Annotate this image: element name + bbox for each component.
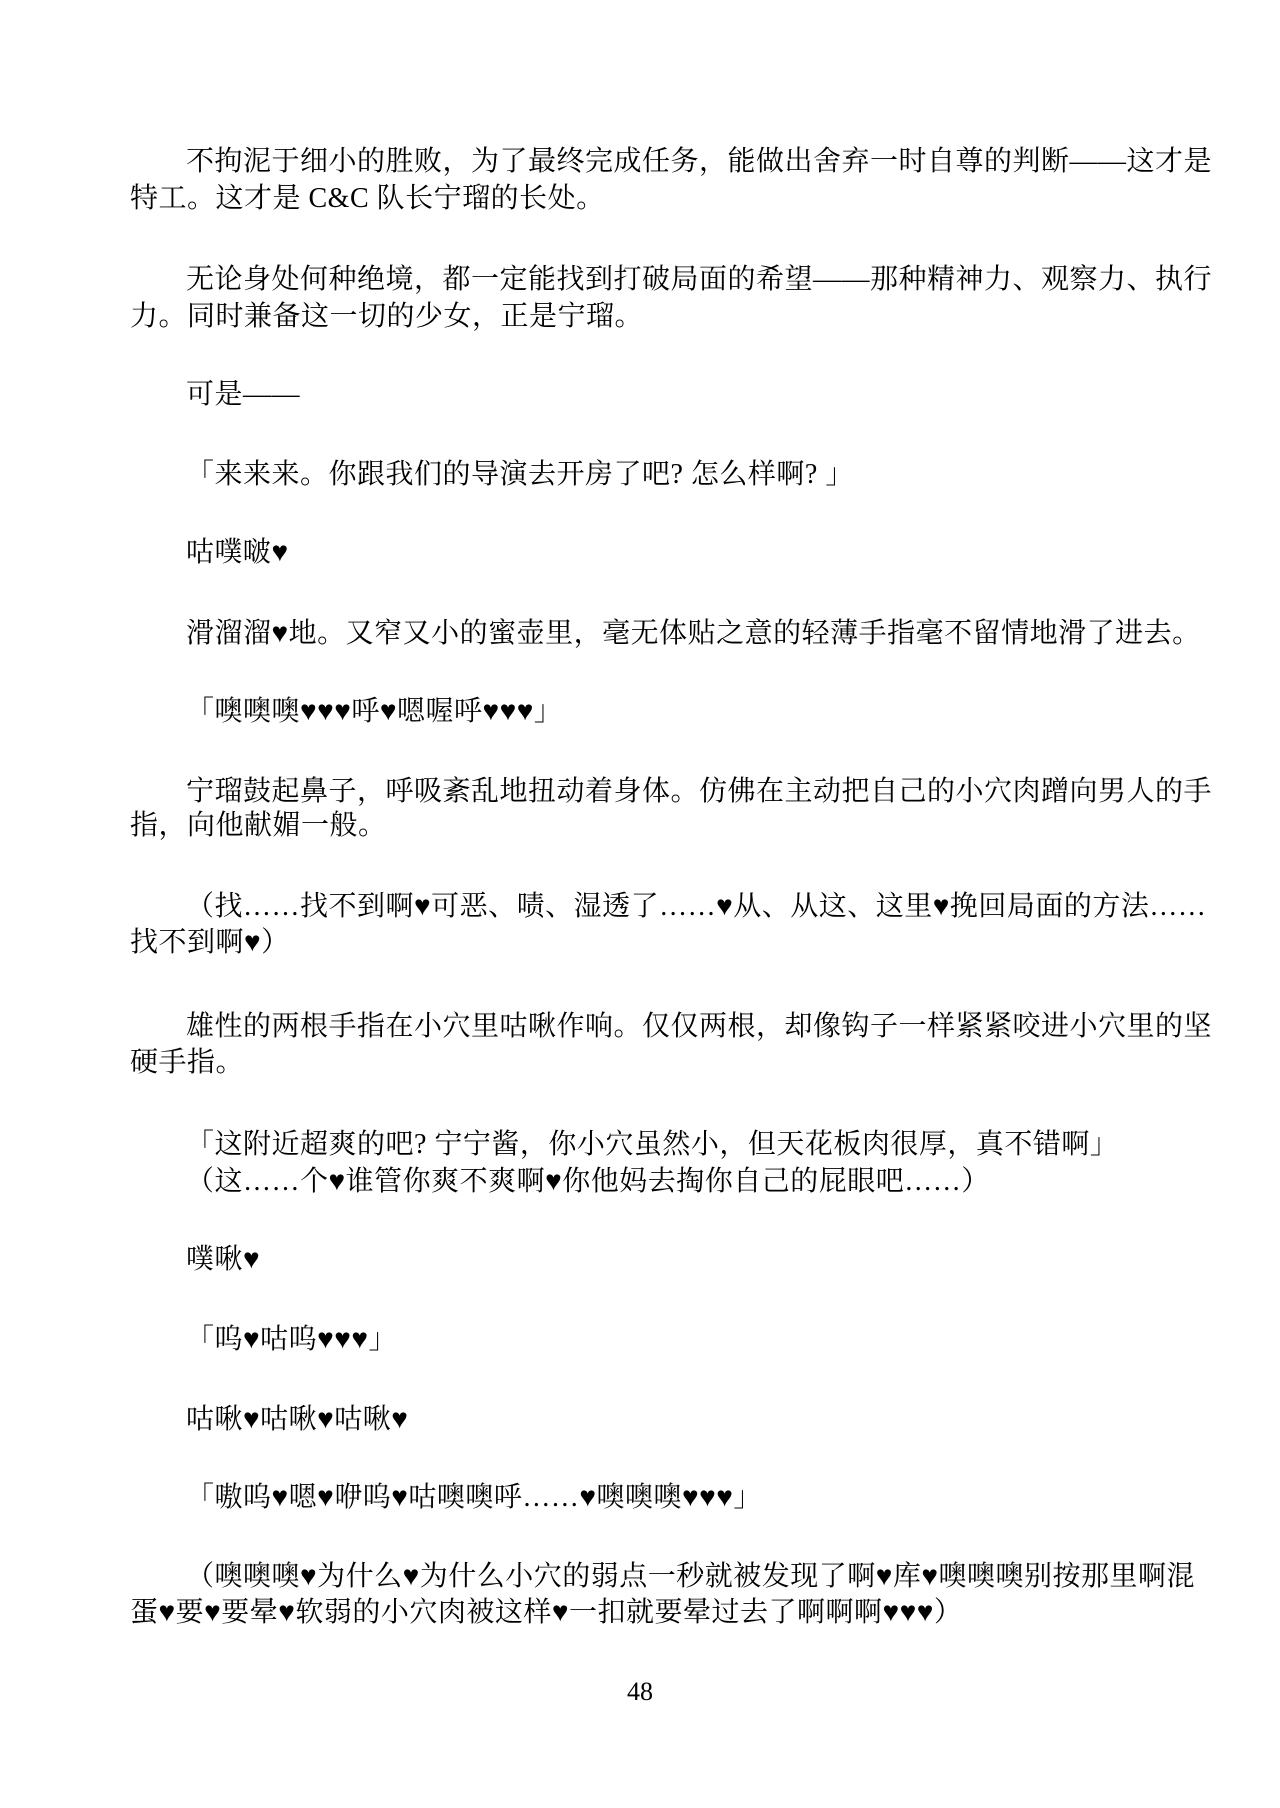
- text-line: 无论身处何种绝境，都一定能找到打破局面的希望——那种精神力、观察力、执行: [130, 261, 1170, 299]
- text-line: 可是——: [130, 376, 1170, 414]
- text-line: 雄性的两根手指在小穴里咕啾作响。仅仅两根，却像钩子一样紧紧咬进小穴里的坚: [130, 1008, 1170, 1046]
- text-line: （找……找不到啊♥可恶、啧、湿透了……♥从、从这、这里♥挽回局面的方法……: [130, 888, 1170, 926]
- text-line: 蛋♥要♥要晕♥软弱的小穴肉被这样♥一扣就要晕过去了啊啊啊♥♥♥）: [130, 1594, 1170, 1632]
- text-line: 「嗷呜♥嗯♥咿呜♥咕噢噢呼……♥噢噢噢♥♥♥」: [130, 1479, 1170, 1517]
- text-line: 宁瑠鼓起鼻子，呼吸紊乱地扭动着身体。仿佛在主动把自己的小穴肉蹭向男人的手: [130, 773, 1170, 811]
- text-line: （噢噢噢♥为什么♥为什么小穴的弱点一秒就被发现了啊♥库♥噢噢噢别按那里啊混: [130, 1558, 1170, 1596]
- text-line: 找不到啊♥）: [130, 924, 1170, 962]
- text-line: 硬手指。: [130, 1044, 1170, 1082]
- text-line: 「呜♥咕呜♥♥♥」: [130, 1321, 1170, 1359]
- text-line: 噗啾♥: [130, 1241, 1170, 1279]
- text-line: 「这附近超爽的吧? 宁宁酱，你小穴虽然小，但天花板肉很厚，真不错啊」: [130, 1126, 1170, 1164]
- text-line: 力。同时兼备这一切的少女，正是宁瑠。: [130, 298, 1170, 336]
- text-line: 咕啾♥咕啾♥咕啾♥: [130, 1401, 1170, 1439]
- text-line: 「噢噢噢♥♥♥呼♥嗯喔呼♥♥♥」: [130, 693, 1170, 731]
- text-line: 「来来来。你跟我们的导演去开房了吧? 怎么样啊? 」: [130, 456, 1170, 494]
- text-line: 不拘泥于细小的胜败，为了最终完成任务，能做出舍弃一时自尊的判断——这才是: [130, 143, 1170, 181]
- text-line: 指，向他献媚一般。: [130, 807, 1170, 845]
- document-page: 不拘泥于细小的胜败，为了最终完成任务，能做出舍弃一时自尊的判断——这才是 特工。…: [0, 0, 1280, 1808]
- text-line: 滑溜溜♥地。又窄又小的蜜壶里，毫无体贴之意的轻薄手指毫不留情地滑了进去。: [130, 615, 1170, 653]
- text-line: 咕噗啵♥: [130, 534, 1170, 572]
- text-line: 特工。这才是 C&C 队长宁瑠的长处。: [130, 180, 1170, 218]
- text-line: （这……个♥谁管你爽不爽啊♥你他妈去掏你自己的屁眼吧……）: [130, 1163, 1170, 1201]
- page-number: 48: [0, 1676, 1280, 1708]
